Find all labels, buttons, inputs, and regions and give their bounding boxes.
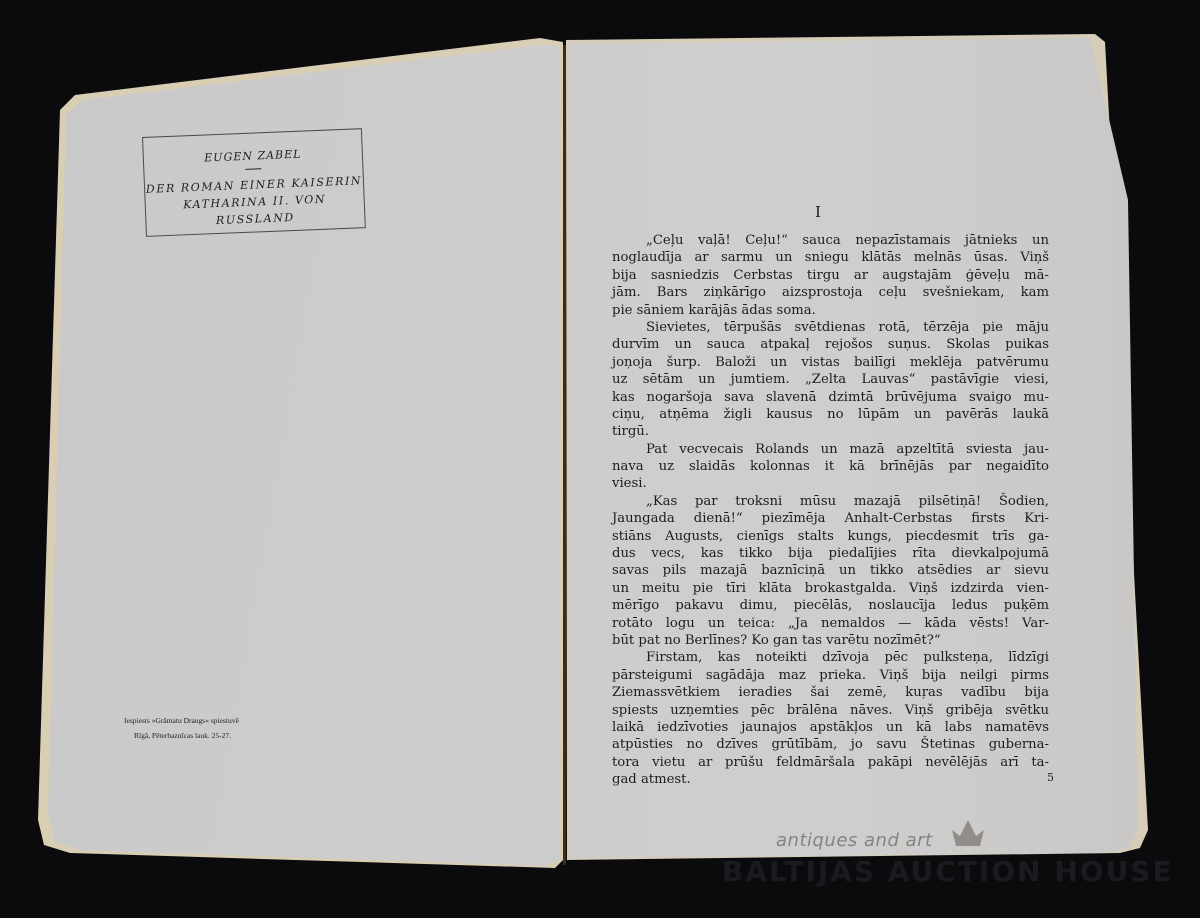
text-line: nava uz slaidās kolonnas it kā brīnējās … [612,458,1049,475]
author-name: EUGEN ZABEL [144,145,362,167]
text-line: stiāns Augusts, cienīgs stalts kungs, pi… [612,528,1049,545]
text-line: dus vecs, kas tikko bija piedalījies rīt… [612,545,1049,562]
text-line: savas pils mazajā baznīciņā un tikko ats… [612,562,1049,579]
text-line: bija sasniedzis Cerbstas tirgu ar augsta… [612,267,1049,284]
text-line: uz sētām un jumtiem. „Zelta Lauvas“ past… [612,371,1049,388]
text-line: tirgū. [612,423,1049,440]
text-line: būt pat no Berlīnes? Ko gan tas varētu n… [612,632,1049,649]
watermark-brand: BALTIJAS AUCTION HOUSE [722,855,1174,888]
title-divider [245,168,261,170]
text-line: viesi. [612,475,1049,492]
text-line: gad atmest. [612,771,1049,788]
text-line: Sievietes, tērpušās svētdienas rotā, tēr… [612,319,1049,336]
text-line: pārsteigumi sagādāja maz prieka. Viņš bi… [612,667,1049,684]
watermark-tagline: antiques and art [776,830,933,851]
body-text: „Ceļu vaļā! Ceļu!“ sauca nepazīstamais j… [612,232,1049,789]
text-line: „Kas par troksni mūsu mazajā pilsētiņā! … [612,493,1049,510]
text-line: rotāto logu un teica: „Ja nemaldos — kād… [612,615,1049,632]
text-line: Jaungada dienā!“ piezīmēja Anhalt-Cerbst… [612,510,1049,527]
text-line: kas nogaršoja sava slavenā dzimtā brūvēj… [612,389,1049,406]
text-line: un meitu pie tīri klāta brokastgalda. Vi… [612,580,1049,597]
printer-imprint: Iespiests »Grāmatu Draugs« spiestuvē Rīg… [124,713,239,743]
text-line: Pat vecvecais Rolands un mazā apzeltītā … [612,441,1049,458]
text-line: joņoja šurp. Baloži un vistas bailīgi me… [612,354,1049,371]
imprint-line-1: Iespiests »Grāmatu Draugs« spiestuvē [124,713,239,728]
title-box: EUGEN ZABEL DER ROMAN EINER KAISERIN KAT… [142,128,366,237]
text-line: Ziemassvētkiem ieradies šai zemē, kuŗas … [612,684,1049,701]
text-line: noglaudīja ar sarmu un sniegu klātās mel… [612,249,1049,266]
text-line: Firstam, kas noteikti dzīvoja pēc pulkst… [612,649,1049,666]
crown-icon [950,818,986,848]
text-line: atpūsties no dzīves grūtībām, jo savu Št… [612,736,1049,753]
book-photo: EUGEN ZABEL DER ROMAN EINER KAISERIN KAT… [0,0,1200,918]
text-line: pie sāniem karājās ādas soma. [612,302,1049,319]
book-spine [563,45,566,865]
text-line: jām. Bars ziņkārīgo aizsprostoja ceļu sv… [612,284,1049,301]
text-line: spiests uzņemties pēc brālēna nāves. Viņ… [612,702,1049,719]
text-line: tora vietu ar prūšu feldmāršala pakāpi n… [612,754,1049,771]
text-line: durvīm un sauca atpakaļ rejošos suņus. S… [612,336,1049,353]
text-line: mērīgo pakavu dimu, piecēlās, noslaucīja… [612,597,1049,614]
text-line: laikā iedzīvoties jaunajos apstākļos un … [612,719,1049,736]
chapter-number: I [815,203,821,221]
imprint-line-2: Rīgā, Pēterbaznīcas lauk. 25-27. [124,728,239,743]
text-line: ciņu, atņēma žigli kausus no lūpām un pa… [612,406,1049,423]
page-number: 5 [1047,771,1054,784]
text-line: „Ceļu vaļā! Ceļu!“ sauca nepazīstamais j… [612,232,1049,249]
